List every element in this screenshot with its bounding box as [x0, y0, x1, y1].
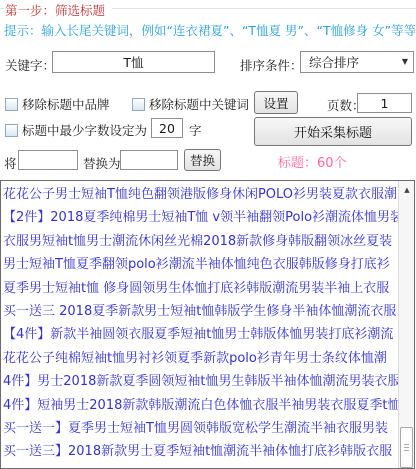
- replace-middle: 替换为: [83, 154, 121, 172]
- keyword-label: 关键字：: [5, 56, 55, 74]
- chevron-down-icon: ▼: [402, 58, 408, 66]
- vertical-scrollbar[interactable]: ▲: [398, 181, 414, 468]
- keyword-input[interactable]: [52, 51, 215, 73]
- groupbox-line: [112, 8, 416, 9]
- replace-from-input[interactable]: [18, 150, 78, 170]
- replace-to-input[interactable]: [120, 150, 178, 170]
- min-chars-prefix: 标题中最少字数设定为: [22, 121, 147, 139]
- titles-count: 标题：60个: [278, 152, 347, 171]
- min-chars-input[interactable]: [151, 118, 183, 138]
- replace-button[interactable]: 替换: [184, 149, 221, 171]
- sort-dropdown[interactable]: 综合排序 ▼: [300, 51, 414, 73]
- title-row[interactable]: 买一送一】夏季男士短袖T恤男圆领韩版宽松学生潮流半袖衣服男装: [3, 417, 398, 440]
- remove-brand-checkbox[interactable]: [5, 98, 18, 111]
- title-row[interactable]: 衣服男短袖t恤男士潮流休闲丝光棉2018新款修身韩版翻领冰丝夏装: [3, 230, 398, 253]
- groupbox-line-left: [0, 8, 4, 9]
- min-chars-checkbox[interactable]: [5, 124, 18, 137]
- titles-list: 花花公子男士短袖T恤纯色翻领港版修身休闲POLO衫男装夏款衣服潮 【2件】201…: [3, 183, 398, 464]
- title-row[interactable]: 男士短袖T恤夏季翻领polo衫潮流半袖体恤纯色衣服韩版修身打底衫: [3, 253, 398, 276]
- title-row[interactable]: 夏季男士短袖t恤 修身圆领男生体恤打底衫韩版潮流男装半袖上衣服: [3, 277, 398, 300]
- title-row[interactable]: 买一送三】2018新款男士夏季短袖t恤潮流半袖体恤打底衫韩版衣服: [3, 440, 398, 463]
- scrollbar-grip: [404, 444, 409, 453]
- settings-button[interactable]: 设置: [254, 91, 298, 114]
- remove-keyword-checkbox[interactable]: [132, 98, 145, 111]
- title-row[interactable]: 花花公子男士短袖T恤纯色翻领港版修身休闲POLO衫男装夏款衣服潮: [3, 183, 398, 206]
- title-row[interactable]: 【2件】2018夏季纯棉男士短袖T恤 v领半袖翻领Polo衫潮流体恤男装: [3, 206, 398, 229]
- hint-text: 提示：输入长尾关键词，例如“连衣裙夏”、“T恤夏 男”、“T恤修身 女”等等: [4, 21, 416, 39]
- step-header: 第一步：筛选标题: [5, 1, 105, 19]
- scrollbar-thumb[interactable]: [400, 427, 413, 468]
- remove-brand-label: 移除标题中品牌: [22, 95, 110, 113]
- title-row[interactable]: 花花公子纯棉短袖t恤男衬衫领夏季新款polo衫青年男士条纹体恤潮: [3, 347, 398, 370]
- pages-input[interactable]: [357, 93, 412, 113]
- title-row[interactable]: 4件】短袖男士2018新款韩版潮流白色体恤衣服半袖男装衣服夏季t恤: [3, 394, 398, 417]
- remove-keyword-label: 移除标题中关键词: [149, 95, 249, 113]
- title-row[interactable]: 4件】男士2018新款夏季圆领短袖t恤男生韩版半袖体恤潮流男装衣服: [3, 370, 398, 393]
- replace-prefix: 将: [4, 154, 17, 172]
- title-row[interactable]: 【4件】新款半袖圆领衣服夏季短袖t恤男士韩版体恤男装打底衫潮流: [3, 323, 398, 346]
- scroll-up-icon[interactable]: ▲: [400, 182, 414, 197]
- min-chars-suffix: 字: [189, 121, 202, 139]
- start-collect-button[interactable]: 开始采集标题: [254, 117, 412, 146]
- sort-selected-value: 综合排序: [309, 53, 359, 71]
- title-filter-window: 第一步：筛选标题 提示：输入长尾关键词，例如“连衣裙夏”、“T恤夏 男”、“T恤…: [0, 0, 416, 469]
- titles-listbox[interactable]: 花花公子男士短袖T恤纯色翻领港版修身休闲POLO衫男装夏款衣服潮 【2件】201…: [0, 180, 415, 469]
- sort-label: 排序条件：: [240, 56, 303, 74]
- title-row[interactable]: 买一送三 2018夏季新款男士短袖t恤韩版学生修身半袖体恤潮流衣服: [3, 300, 398, 323]
